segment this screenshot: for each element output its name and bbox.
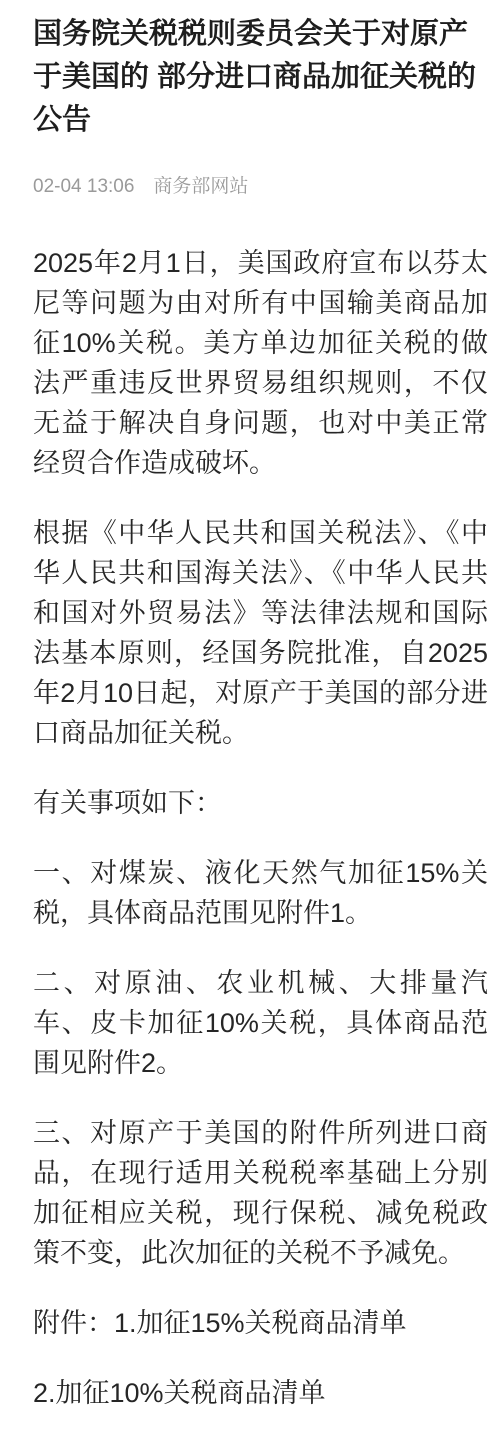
article-paragraph: 根据《中华人民共和国关税法》、《中华人民共和国海关法》、《中华人民共和国对外贸易… (33, 513, 488, 753)
article-container: 国务院关税税则委员会关于对原产于美国的 部分进口商品加征关税的公告 02-04 … (0, 0, 500, 1423)
article-page: 国务院关税税则委员会关于对原产于美国的 部分进口商品加征关税的公告 02-04 … (0, 0, 500, 1431)
article-paragraph-attachment-2: 2.加征10%关税商品清单 (33, 1373, 488, 1413)
article-paragraph-attachment-1: 附件：1.加征15%关税商品清单 (33, 1303, 488, 1343)
article-paragraph-item-3: 三、对原产于美国的附件所列进口商品，在现行适用关税税率基础上分别加征相应关税，现… (33, 1113, 488, 1273)
article-meta: 02-04 13:06 商务部网站 (33, 175, 488, 199)
source-name: 商务部网站 (153, 175, 248, 199)
article-paragraph-item-2: 二、对原油、农业机械、大排量汽车、皮卡加征10%关税，具体商品范围见附件2。 (33, 963, 488, 1083)
article-body: 2025年2月1日，美国政府宣布以芬太尼等问题为由对所有中国输美商品加征10%关… (33, 243, 488, 1413)
article-paragraph: 有关事项如下： (33, 783, 488, 823)
publish-time: 02-04 13:06 (33, 175, 134, 199)
article-paragraph-item-1: 一、对煤炭、液化天然气加征15%关税，具体商品范围见附件1。 (33, 853, 488, 933)
article-title: 国务院关税税则委员会关于对原产于美国的 部分进口商品加征关税的公告 (33, 13, 488, 142)
article-paragraph: 2025年2月1日，美国政府宣布以芬太尼等问题为由对所有中国输美商品加征10%关… (33, 243, 488, 483)
